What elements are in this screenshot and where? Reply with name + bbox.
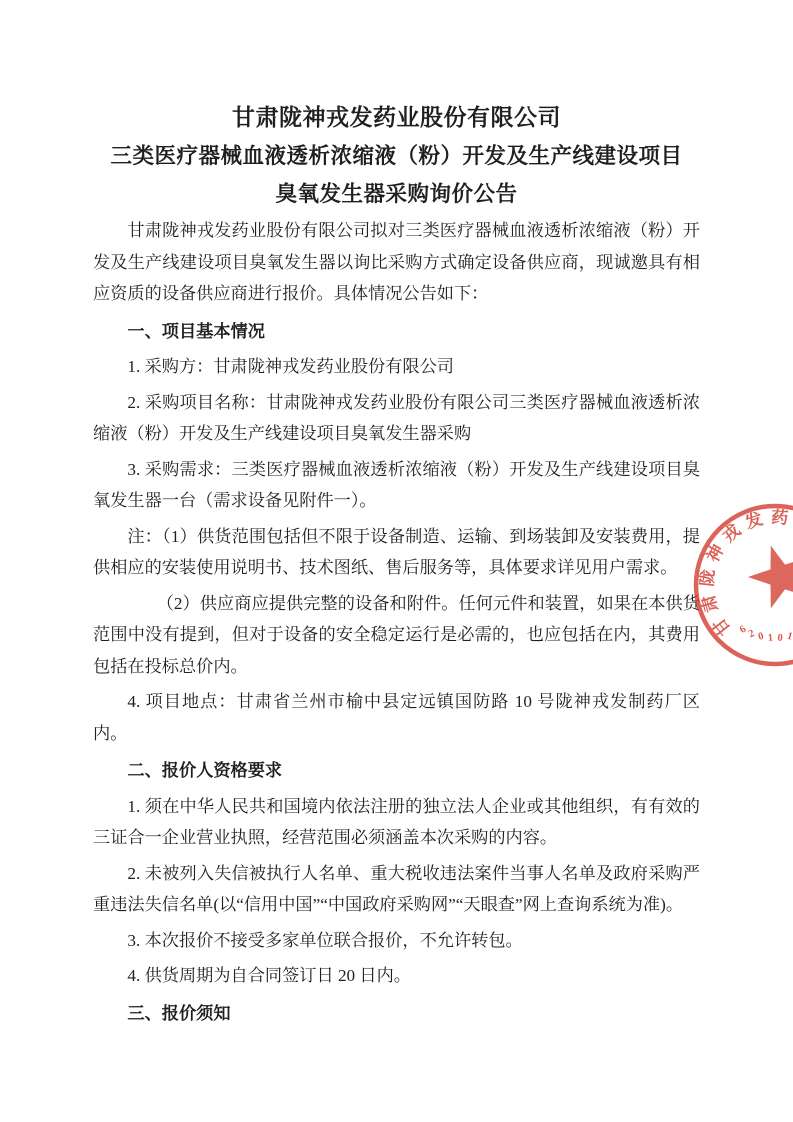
section1-item1: 1. 采购方：甘肃陇神戎发药业股份有限公司 (93, 351, 700, 383)
section2-item2: 2. 未被列入失信被执行人名单、重大税收违法案件当事人名单及政府采购严重违法失信… (93, 858, 700, 921)
section2-item1: 1. 须在中华人民共和国境内依法注册的独立法人企业或其他组织，有有效的三证合一企… (93, 791, 700, 854)
section1-item2: 2. 采购项目名称：甘肃陇神戎发药业股份有限公司三类医疗器械血液透析浓缩液（粉）… (93, 387, 700, 450)
doc-title-company: 甘肃陇神戎发药业股份有限公司 (93, 99, 700, 137)
doc-title-announcement: 臭氧发生器采购询价公告 (93, 175, 700, 213)
section1-note2: （2）供应商应提供完整的设备和附件。任何元件和装置，如果在本供货范围中没有提到，… (93, 588, 700, 683)
document-content: 甘肃陇神戎发药业股份有限公司 三类医疗器械血液透析浓缩液（粉）开发及生产线建设项… (0, 0, 793, 1029)
section1-item3: 3. 采购需求：三类医疗器械血液透析浓缩液（粉）开发及生产线建设项目臭氧发生器一… (93, 454, 700, 517)
section2-heading: 二、报价人资格要求 (93, 755, 700, 787)
section2-item3: 3. 本次报价不接受多家单位联合报价，不允许转包。 (93, 925, 700, 957)
section1-note1: 注：（1）供货范围包括但不限于设备制造、运输、到场装卸及安装费用，提供相应的安装… (93, 521, 700, 584)
intro-paragraph: 甘肃陇神戎发药业股份有限公司拟对三类医疗器械血液透析浓缩液（粉）开发及生产线建设… (93, 215, 700, 310)
doc-body: 甘肃陇神戎发药业股份有限公司拟对三类医疗器械血液透析浓缩液（粉）开发及生产线建设… (93, 215, 700, 1029)
section1-heading: 一、项目基本情况 (93, 316, 700, 348)
document-page: 甘肃陇神戎发药业股份有限公司 三类医疗器械血液透析浓缩液（粉）开发及生产线建设项… (0, 0, 793, 1122)
section2-item4: 4. 供货周期为自合同签订日 20 日内。 (93, 960, 700, 992)
section1-item4: 4. 项目地点：甘肃省兰州市榆中县定远镇国防路 10 号陇神戎发制药厂区内。 (93, 686, 700, 749)
section3-heading: 三、报价须知 (93, 998, 700, 1030)
doc-title-project: 三类医疗器械血液透析浓缩液（粉）开发及生产线建设项目 (93, 137, 700, 175)
